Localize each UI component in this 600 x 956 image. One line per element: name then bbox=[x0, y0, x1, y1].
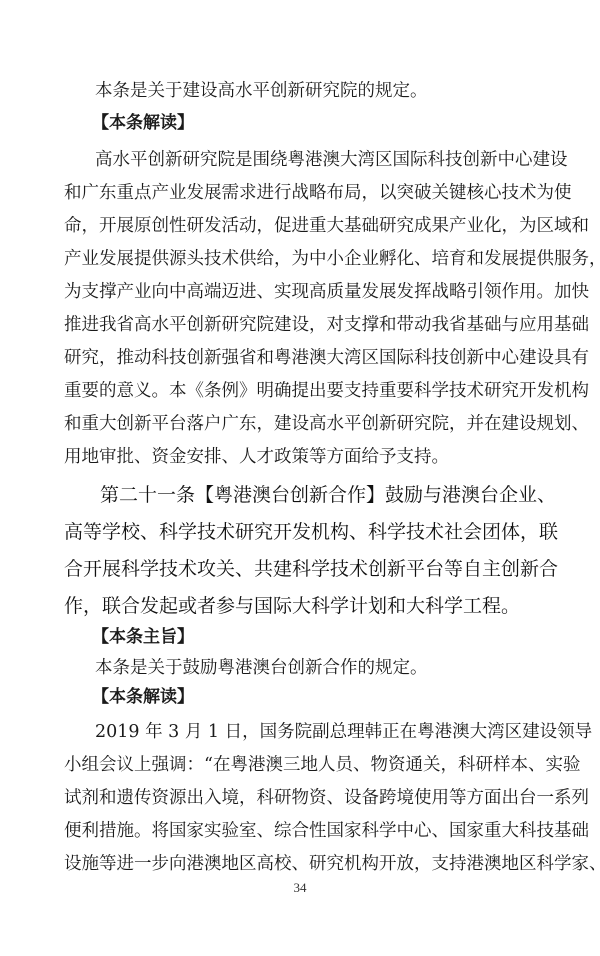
paragraph-line: 设施等进一步向港澳地区高校、研究机构开放，支持港澳地区科学家、 bbox=[64, 849, 534, 879]
paragraph-line: 小组会议上强调：“在粤港澳三地人员、物资通关，科研样本、实验 bbox=[64, 750, 534, 780]
interpretation-heading-article-21: 【本条解读】 bbox=[92, 682, 194, 712]
article-21-line: 合开展科学技术攻关、共建科学技术创新平台等自主创新合 bbox=[64, 552, 534, 586]
paragraph-line: 高水平创新研究院是围绕粤港澳大湾区国际科技创新中心建设 bbox=[95, 145, 534, 175]
article-21-title-line: 第二十一条【粤港澳台创新合作】鼓励与港澳台企业、 bbox=[100, 478, 534, 512]
article-21-line: 高等学校、科学技术研究开发机构、科学技术社会团体，联 bbox=[64, 515, 534, 549]
paragraph-line: 为支撑产业向中高端迈进、实现高质量发展发挥战略引领作用。加快 bbox=[64, 277, 534, 307]
interpretation-heading-article-20: 【本条解读】 bbox=[92, 108, 194, 138]
paragraph-line: 推进我省高水平创新研究院建设，对支撑和带动我省基础与应用基础 bbox=[64, 310, 534, 340]
paragraph-line: 和广东重点产业发展需求进行战略布局，以突破关键核心技术为使 bbox=[64, 178, 534, 208]
paragraph-line: 重要的意义。本《条例》明确提出要支持重要科学技术研究开发机构 bbox=[64, 376, 534, 406]
paragraph-line: 命，开展原创性研发活动，促进重大基础研究成果产业化，为区域和 bbox=[64, 211, 534, 241]
page-number: 34 bbox=[0, 880, 600, 896]
article-21-line: 作，联合发起或者参与国际大科学计划和大科学工程。 bbox=[64, 589, 534, 623]
document-page: 本条是关于建设高水平创新研究院的规定。 【本条解读】 高水平创新研究院是围绕粤港… bbox=[0, 0, 600, 956]
paragraph-line: 便利措施。将国家实验室、综合性国家科学中心、国家重大科技基础 bbox=[64, 816, 534, 846]
purpose-heading-article-21: 【本条主旨】 bbox=[92, 622, 194, 652]
purpose-text-article-21: 本条是关于鼓励粤港澳台创新合作的规定。 bbox=[95, 653, 534, 683]
paragraph-line: 和重大创新平台落户广东，建设高水平创新研究院，并在建设规划、 bbox=[64, 409, 534, 439]
paragraph-line: 研究，推动科技创新强省和粤港澳大湾区国际科技创新中心建设具有 bbox=[64, 343, 534, 373]
purpose-text-article-20: 本条是关于建设高水平创新研究院的规定。 bbox=[95, 76, 534, 106]
paragraph-line: 产业发展提供源头技术供给，为中小企业孵化、培育和发展提供服务， bbox=[64, 244, 534, 274]
paragraph-line: 试剂和遗传资源出入境，科研物资、设备跨境使用等方面出台一系列 bbox=[64, 783, 534, 813]
paragraph-line: 用地审批、资金安排、人才政策等方面给予支持。 bbox=[64, 442, 534, 472]
paragraph-line: 2019 年 3 月 1 日，国务院副总理韩正在粤港澳大湾区建设领导 bbox=[95, 717, 534, 747]
